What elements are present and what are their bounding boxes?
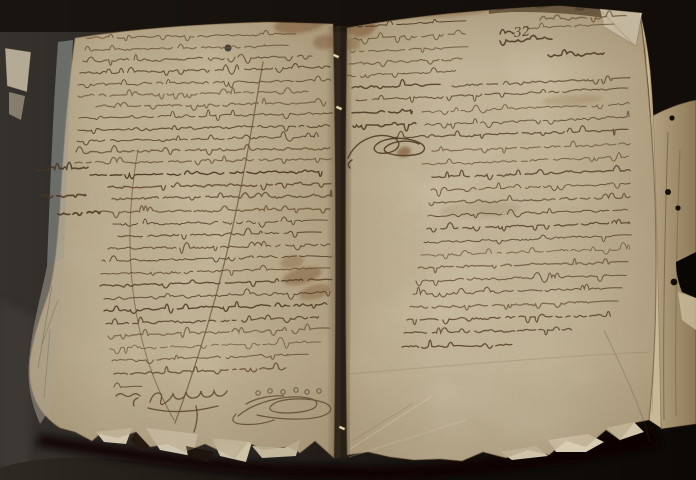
manuscript-scan-stage: 32 [0,0,696,480]
manuscript-photo: 32 [0,0,696,480]
worm-hole [671,279,678,286]
torn-outer-flap [5,48,31,92]
worm-hole [669,115,674,120]
worm-hole [675,205,680,210]
binding-gutter [326,26,352,458]
worm-hole [665,189,671,195]
folio-number: 32 [513,24,531,41]
